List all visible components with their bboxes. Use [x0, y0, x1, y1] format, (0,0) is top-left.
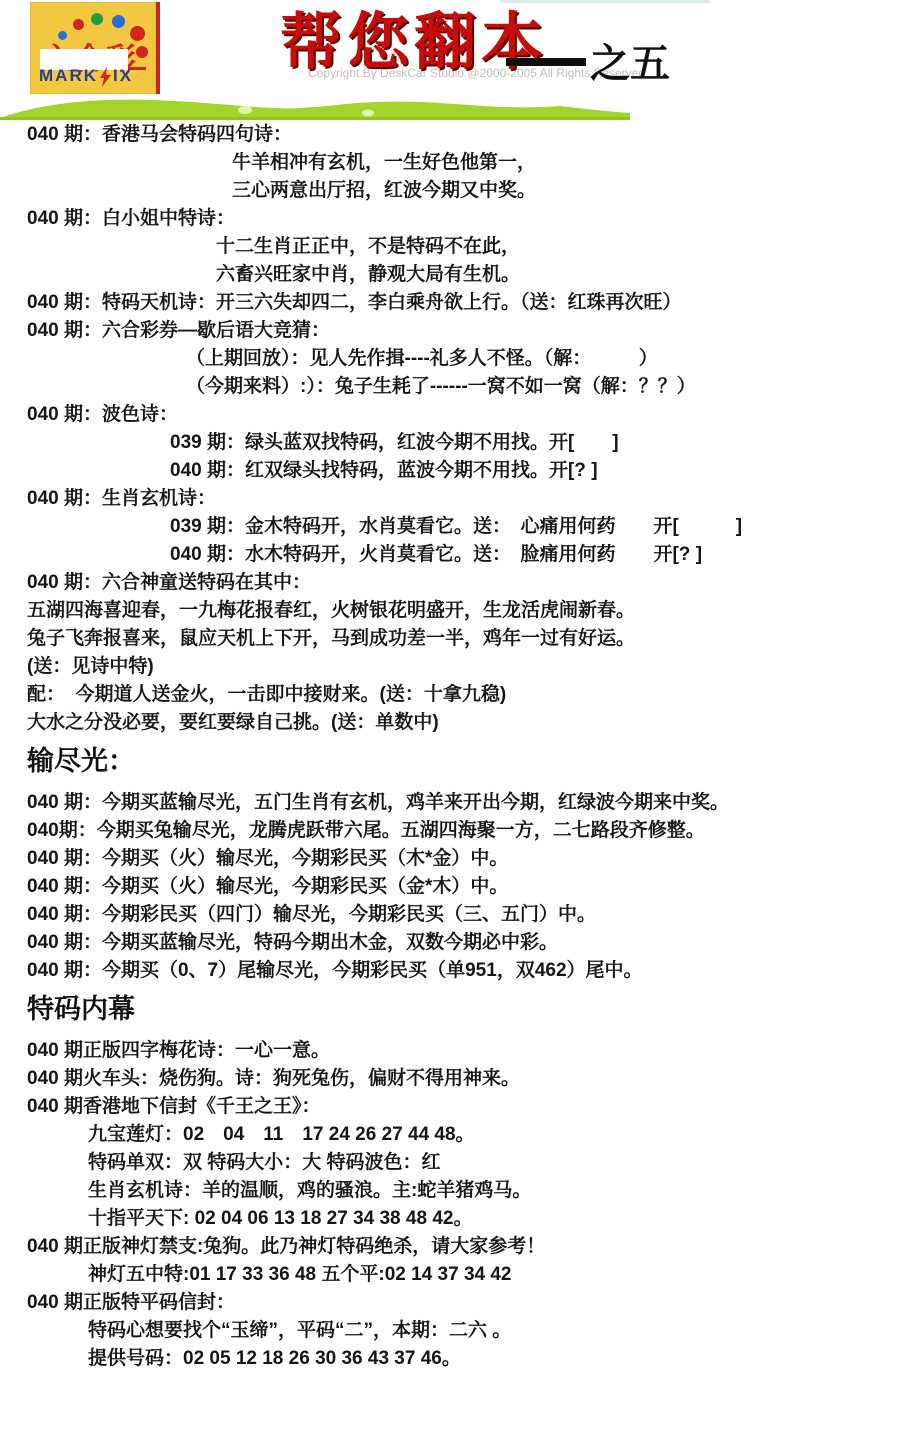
logo-dot-green-icon: [91, 13, 103, 25]
text-line: 040 期：今期买蓝输尽光，特码今期出木金，双数今期必中彩。: [0, 932, 910, 954]
text-line: 生肖玄机诗：羊的温顺，鸡的骚浪。主:蛇羊猪鸡马。: [0, 1180, 910, 1202]
text-line: 特码单双：双 特码大小：大 特码波色：红: [0, 1152, 910, 1174]
text-line: 040 期：水木特码开，火肖莫看它。送： 脸痛用何药 开[? ]: [0, 544, 910, 566]
text-line: （上期回放）：见人先作揖----礼多人不怪。（解： ）: [0, 348, 910, 370]
text-line: 040 期：六合神童送特码在其中：: [0, 572, 910, 594]
lightning-bolt-icon: [99, 67, 112, 87]
text-line: 特码心想要找个“玉缔”，平码“二”，本期：二六 。: [0, 1320, 910, 1342]
page-title: 帮您翻本: [280, 0, 548, 81]
text-line: 040 期香港地下信封《千王之王》：: [0, 1096, 910, 1118]
text-line: 040期：今期买兔输尽光，龙腾虎跃带六尾。五湖四海聚一方，二七路段齐修整。: [0, 820, 910, 842]
logo-dot-blue-icon: [112, 15, 125, 28]
em-dash: [506, 58, 586, 66]
page: 六合彩 MARK IX Copyright By DeskCar Studio …: [0, 0, 910, 1432]
text-line: 九宝莲灯：02 04 11 17 24 26 27 44 48。: [0, 1124, 910, 1146]
text-line: 040 期：波色诗：: [0, 404, 910, 426]
section-heading-shujinguang: 输尽光：: [0, 746, 910, 776]
text-line: 兔子飞奔报喜来，鼠应天机上下开，马到成功差一半，鸡年一过有好运。: [0, 628, 910, 650]
section-heading-temaneimu: 特码内幕: [0, 994, 910, 1024]
text-line: 040 期正版神灯禁支:兔狗。此乃神灯特码绝杀，请大家参考！: [0, 1236, 910, 1258]
document-body: 040 期：香港马会特码四句诗： 牛羊相冲有玄机，一生好色他第一， 三心两意出厅…: [0, 124, 910, 1376]
logo-dot-red-icon: [73, 19, 84, 30]
text-line: 040 期火车头：烧伤狗。诗：狗死兔伤，偏财不得用神来。: [0, 1068, 910, 1090]
text-line: 六畜兴旺家中肖，静观大局有生机。: [0, 264, 910, 286]
mark-six-logo: 六合彩 MARK IX: [30, 2, 160, 94]
text-line: 040 期：白小姐中特诗：: [0, 208, 910, 230]
page-title-suffix: 之五: [590, 32, 670, 89]
text-line: 039 期：金木特码开，水肖莫看它。送： 心痛用何药 开[ ]: [0, 516, 910, 538]
green-grass-band: [0, 96, 630, 120]
text-line: 040 期：今期彩民买（四门）输尽光，今期彩民买（三、五门）中。: [0, 904, 910, 926]
text-line: 大水之分没必要，要红要绿自己挑。(送：单数中): [0, 712, 910, 734]
text-line: 040 期：六合彩券—歇后语大竞猜：: [0, 320, 910, 342]
text-line: 十指平天下: 02 04 06 13 18 27 34 38 48 42。: [0, 1208, 910, 1230]
text-line: 040 期：香港马会特码四句诗：: [0, 124, 910, 146]
text-line: 牛羊相冲有玄机，一生好色他第一，: [0, 152, 910, 174]
text-line: 五湖四海喜迎春，一九梅花报春红，火树银花明盛开，生龙活虎闹新春。: [0, 600, 910, 622]
text-line: 十二生肖正正中，不是特码不在此，: [0, 236, 910, 258]
header: 六合彩 MARK IX Copyright By DeskCar Studio …: [0, 0, 910, 126]
text-line: 三心两意出厅招，红波今期又中奖。: [0, 180, 910, 202]
text-line: 040 期：今期买（火）输尽光，今期彩民买（木*金）中。: [0, 848, 910, 870]
text-line: 提供号码：02 05 12 18 26 30 36 43 37 46。: [0, 1348, 910, 1370]
text-line: 040 期：今期买蓝输尽光，五门生肖有玄机，鸡羊来开出今期，红绿波今期来中奖。: [0, 792, 910, 814]
text-line: 040 期正版特平码信封：: [0, 1292, 910, 1314]
text-line: 配： 今期道人送金火，一击即中接财来。(送：十拿九稳): [0, 684, 910, 706]
text-line: 040 期：特码天机诗：开三六失却四二，李白乘舟欲上行。（送：红珠再次旺）: [0, 292, 910, 314]
text-line: 040 期：今期买（火）输尽光，今期彩民买（金*木）中。: [0, 876, 910, 898]
text-line: 神灯五中特:01 17 33 36 48 五个平:02 14 37 34 42: [0, 1264, 910, 1286]
text-line: （今期来料）:）：兔子生耗了------一窝不如一窝（解：？？）: [0, 376, 910, 398]
text-line: 040 期：红双绿头找特码，蓝波今期不用找。开[? ]: [0, 460, 910, 482]
text-line: (送：见诗中特): [0, 656, 910, 678]
text-line: 040 期正版四字梅花诗：一心一意。: [0, 1040, 910, 1062]
text-line: 039 期：绿头蓝双找特码，红波今期不用找。开[ ]: [0, 432, 910, 454]
logo-mark-text: MARK: [39, 66, 98, 86]
logo-ix-text: IX: [113, 66, 133, 86]
text-line: 040 期：今期买（0、7）尾输尽光，今期彩民买（单951，双462）尾中。: [0, 960, 910, 982]
text-line: 040 期：生肖玄机诗：: [0, 488, 910, 510]
logo-english-text: MARK IX: [39, 66, 133, 86]
